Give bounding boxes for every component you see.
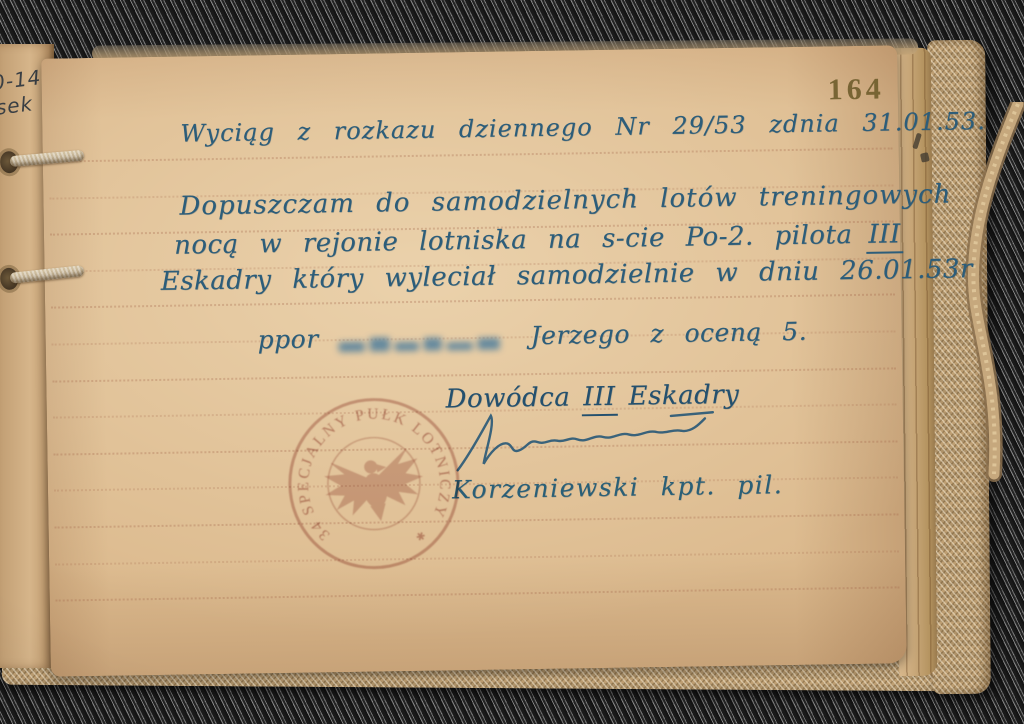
signature-flourish	[441, 404, 742, 481]
squadron-numeral: III	[866, 220, 903, 253]
pilot-name-suffix: Jerzego z oceną 5.	[530, 318, 807, 351]
redacted-surname-blur	[339, 327, 511, 352]
logbook-photo: { "document": { "page_number": "164", "h…	[0, 0, 1024, 724]
body-line-1: Dopuszczam do samodzielnych lotów trenin…	[179, 180, 951, 222]
margin-note: 0-14	[0, 65, 43, 95]
signed-name-line: Korzeniewski kpt. pil.	[452, 471, 784, 505]
unit-round-stamp: 34 SPECJALNY PUŁK LOTNICZY ✱	[269, 378, 480, 589]
header-line: Wyciąg z rozkazu dziennego Nr 29/53 zdni…	[180, 108, 986, 148]
stamp-star: ✱	[414, 530, 426, 544]
pilot-line: ppor Jerzego z oceną 5.	[257, 318, 807, 355]
logbook-page: 164 Wyciąg z rozkazu dziennego Nr 29/53 …	[41, 45, 907, 676]
margin-note: /sek	[0, 91, 34, 120]
rank-label: ppor	[257, 325, 318, 355]
ink-mark	[920, 152, 930, 163]
binding-cord	[962, 102, 1024, 482]
page-number-stamp: 164	[828, 73, 886, 108]
